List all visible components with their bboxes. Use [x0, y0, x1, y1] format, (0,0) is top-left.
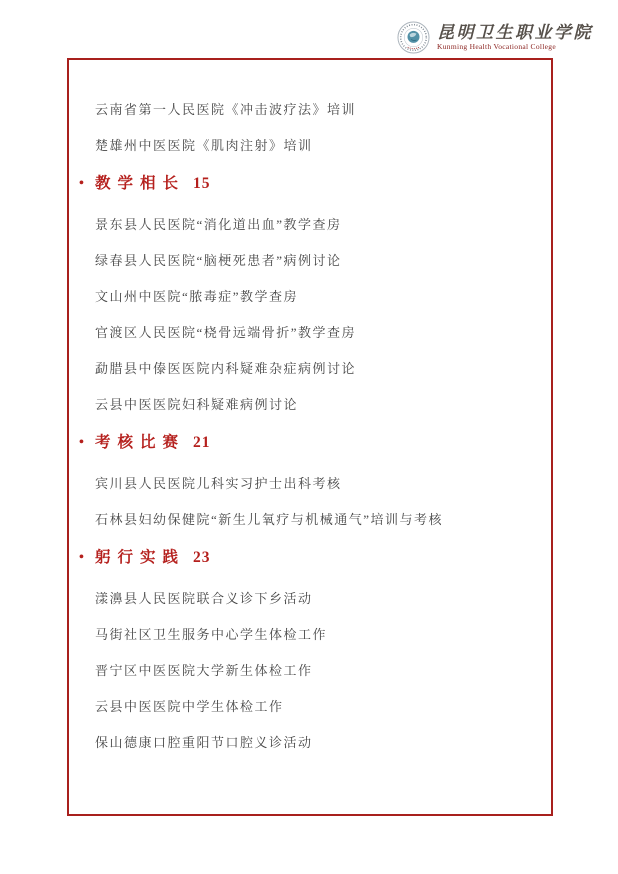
- section-items: 宾川县人民医院儿科实习护士出科考核石林县妇幼保健院“新生儿氧疗与机械通气”培训与…: [95, 476, 533, 527]
- toc-item: 宾川县人民医院儿科实习护士出科考核: [95, 476, 533, 491]
- college-names: 昆明卫生职业学院 Kunming Health Vocational Colle…: [437, 23, 593, 52]
- toc-item: 马街社区卫生服务中心学生体检工作: [95, 627, 533, 642]
- toc-item: 云南省第一人民医院《冲击波疗法》培训: [95, 102, 533, 117]
- section-title: 躬行实践: [95, 549, 185, 566]
- section-page-number: 23: [193, 549, 211, 566]
- toc-item: 楚雄州中医医院《肌肉注射》培训: [95, 138, 533, 153]
- toc-sections: •教学相长15景东县人民医院“消化道出血”教学查房绿春县人民医院“脑梗死患者”病…: [95, 174, 533, 750]
- toc-item: 漾濞县人民医院联合义诊下乡活动: [95, 591, 533, 606]
- toc-item: 晋宁区中医医院大学新生体检工作: [95, 663, 533, 678]
- section-items: 漾濞县人民医院联合义诊下乡活动马街社区卫生服务中心学生体检工作晋宁区中医医院大学…: [95, 591, 533, 750]
- toc-item: 石林县妇幼保健院“新生儿氧疗与机械通气”培训与考核: [95, 512, 533, 527]
- toc-item: 勐腊县中傣医医院内科疑难杂症病例讨论: [95, 361, 533, 376]
- college-name-en: Kunming Health Vocational College: [437, 42, 593, 52]
- toc-section: •教学相长15景东县人民医院“消化道出血”教学查房绿春县人民医院“脑梗死患者”病…: [95, 174, 533, 412]
- toc-item: 绿春县人民医院“脑梗死患者”病例讨论: [95, 253, 533, 268]
- bullet-icon: •: [79, 548, 84, 567]
- section-heading: •躬行实践23: [95, 548, 533, 567]
- toc-item: 云县中医医院妇科疑难病例讨论: [95, 397, 533, 412]
- toc-section: •考核比赛21宾川县人民医院儿科实习护士出科考核石林县妇幼保健院“新生儿氧疗与机…: [95, 433, 533, 527]
- college-brand: 昆明卫生职业学院 Kunming Health Vocational Colle…: [397, 21, 593, 54]
- toc-continued-list: 云南省第一人民医院《冲击波疗法》培训楚雄州中医医院《肌肉注射》培训: [95, 102, 533, 153]
- section-page-number: 15: [193, 175, 211, 192]
- section-heading: •考核比赛21: [95, 433, 533, 452]
- college-seal-icon: [397, 21, 430, 54]
- section-items: 景东县人民医院“消化道出血”教学查房绿春县人民医院“脑梗死患者”病例讨论文山州中…: [95, 217, 533, 412]
- toc-section: •躬行实践23漾濞县人民医院联合义诊下乡活动马街社区卫生服务中心学生体检工作晋宁…: [95, 548, 533, 750]
- section-page-number: 21: [193, 434, 211, 451]
- section-title: 教学相长: [95, 175, 185, 192]
- section-title: 考核比赛: [95, 434, 185, 451]
- toc-item: 云县中医医院中学生体检工作: [95, 699, 533, 714]
- document-page: 昆明卫生职业学院 Kunming Health Vocational Colle…: [0, 0, 618, 874]
- bullet-icon: •: [79, 433, 84, 452]
- college-name-zh: 昆明卫生职业学院: [437, 23, 593, 42]
- section-heading: •教学相长15: [95, 174, 533, 193]
- toc-item: 文山州中医院“脓毒症”教学查房: [95, 289, 533, 304]
- bullet-icon: •: [79, 174, 84, 193]
- toc-box: 云南省第一人民医院《冲击波疗法》培训楚雄州中医医院《肌肉注射》培训 •教学相长1…: [67, 58, 553, 816]
- toc-item: 保山德康口腔重阳节口腔义诊活动: [95, 735, 533, 750]
- toc-item: 官渡区人民医院“桡骨远端骨折”教学查房: [95, 325, 533, 340]
- toc-item: 景东县人民医院“消化道出血”教学查房: [95, 217, 533, 232]
